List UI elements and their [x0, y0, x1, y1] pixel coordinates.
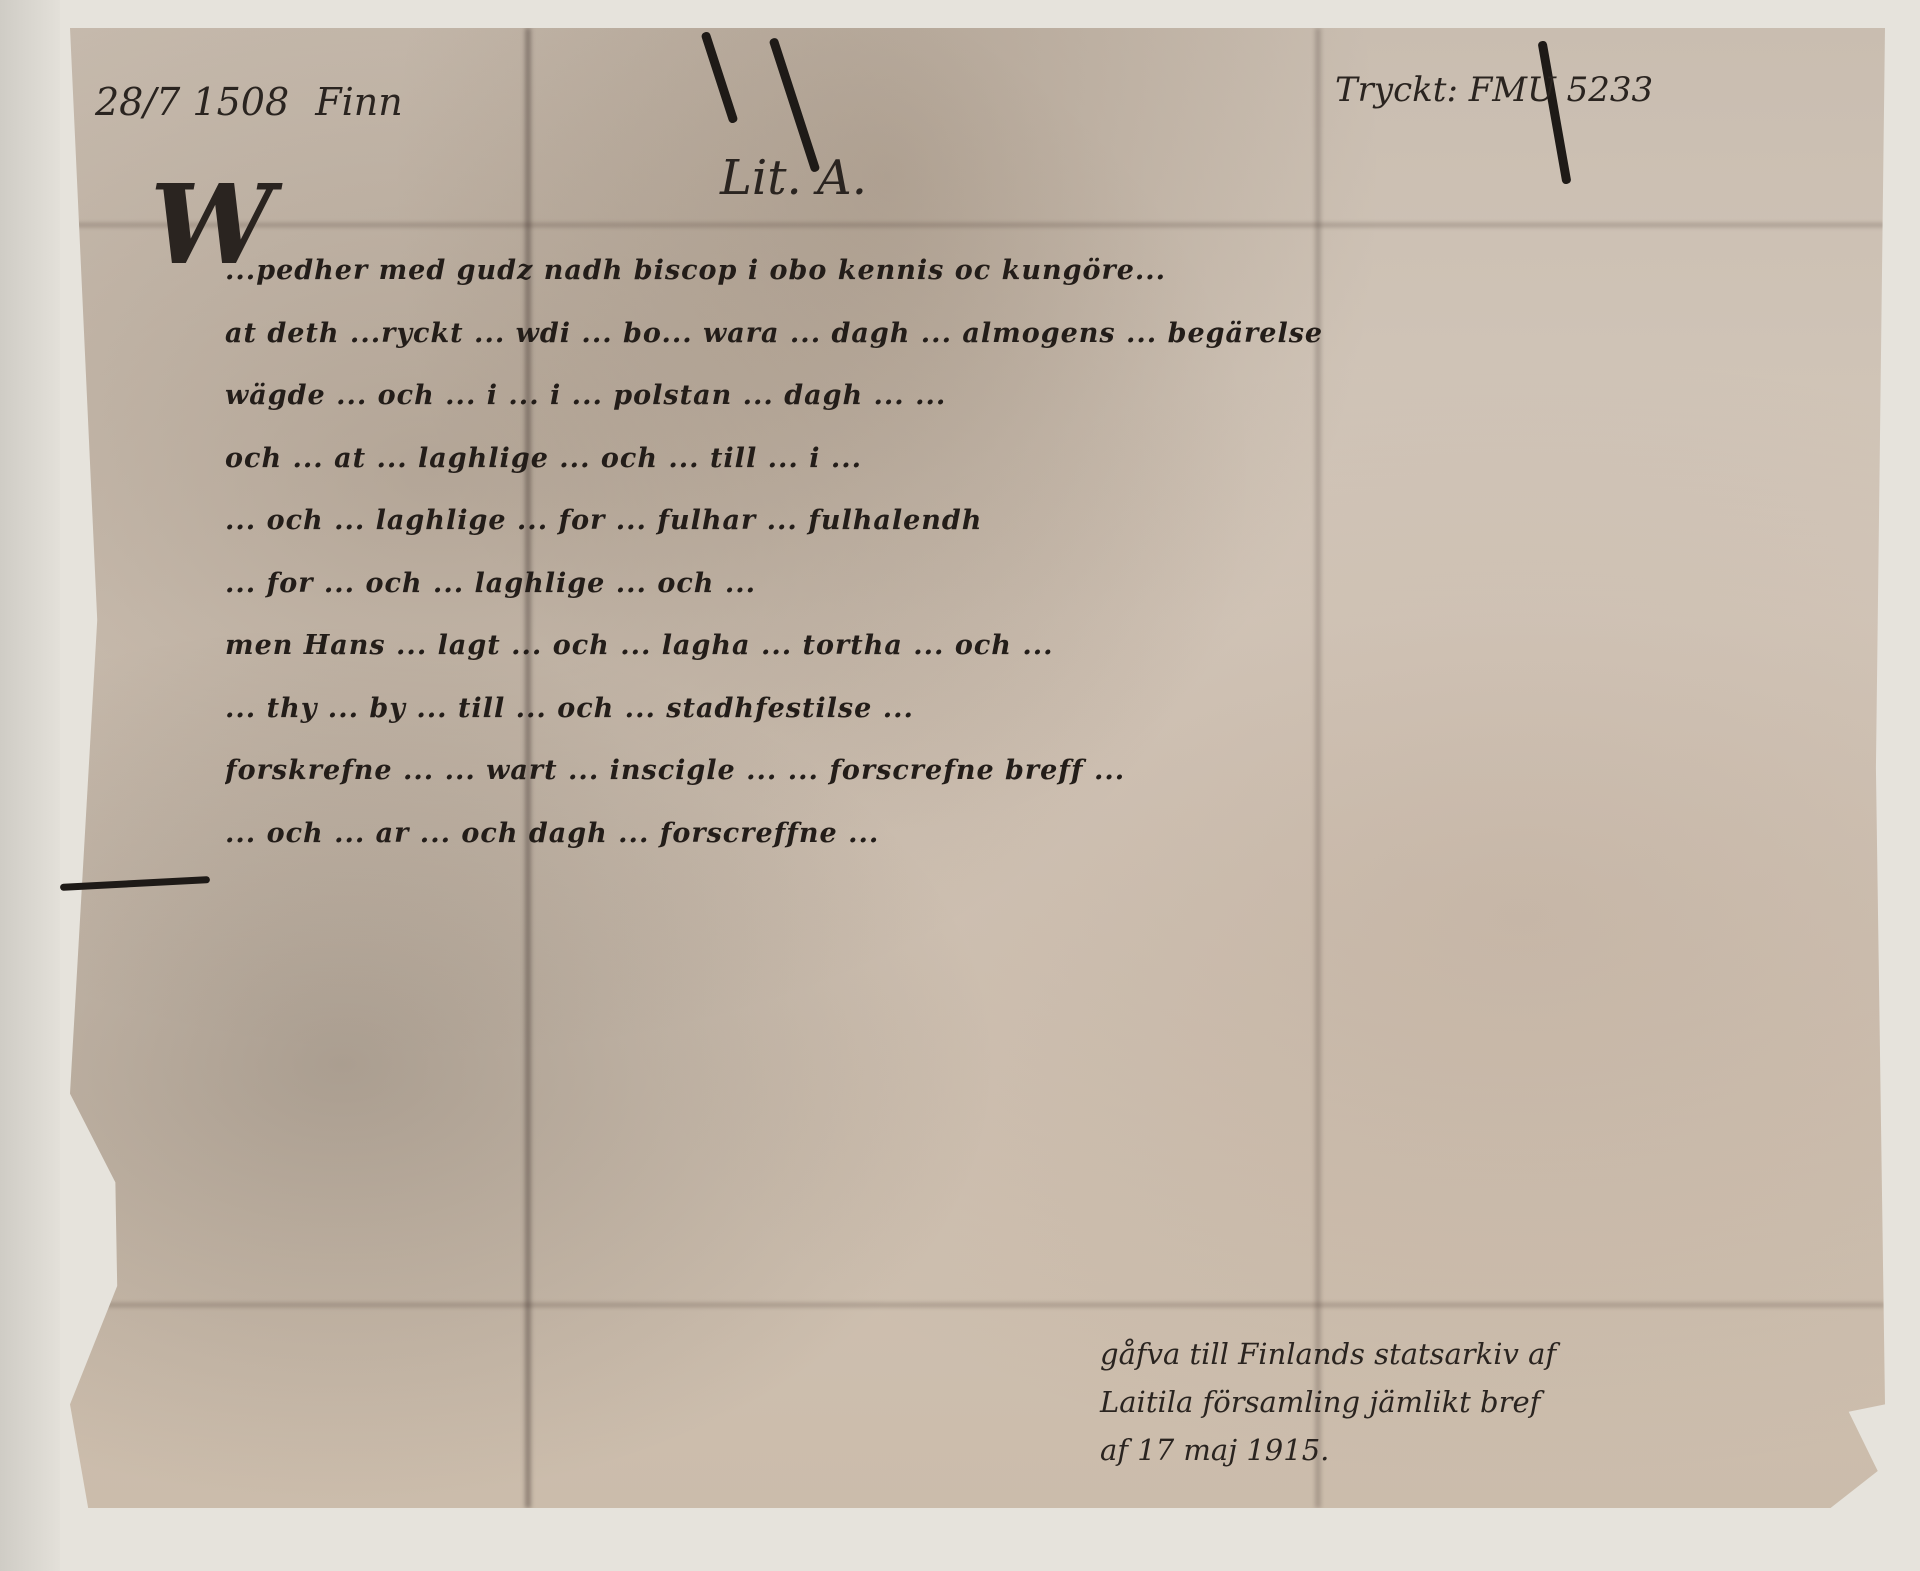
print-reference-annotation: Tryckt: FMU 5233 [1335, 70, 1653, 110]
donation-note-line: af 17 maj 1915. [1100, 1426, 1740, 1474]
body-line: forskrefne ... ... wart ... inscigle ...… [225, 740, 1805, 803]
letter-heading: Lit. A. [720, 150, 867, 206]
fold-crease-horizontal [70, 1303, 1885, 1307]
body-line: at deth ...ryckt ... wdi ... bo... wara … [225, 303, 1805, 366]
body-line: ... thy ... by ... till ... och ... stad… [225, 678, 1805, 741]
donation-note-line: gåfva till Finlands statsarkiv af [1100, 1330, 1740, 1378]
body-line: och ... at ... laghlige ... och ... till… [225, 428, 1805, 491]
body-line: ... och ... ar ... och dagh ... forscref… [225, 803, 1805, 866]
body-line: ... och ... laghlige ... for ... fulhar … [225, 490, 1805, 553]
donation-note: gåfva till Finlands statsarkiv af Laitil… [1100, 1330, 1740, 1474]
body-line: men Hans ... lagt ... och ... lagha ... … [225, 615, 1805, 678]
body-line: wägde ... och ... i ... i ... polstan ..… [225, 365, 1805, 428]
archive-date-annotation: 28/7 1508 Finn [95, 80, 403, 124]
book-page-gutter [0, 0, 60, 1571]
donation-note-line: Laitila församling jämlikt bref [1100, 1378, 1740, 1426]
fold-crease-horizontal [70, 223, 1885, 227]
body-line: ... for ... och ... laghlige ... och ... [225, 553, 1805, 616]
body-line: ...pedher med gudz nadh biscop i obo ken… [225, 240, 1805, 303]
letter-body: ...pedher med gudz nadh biscop i obo ken… [225, 240, 1805, 865]
